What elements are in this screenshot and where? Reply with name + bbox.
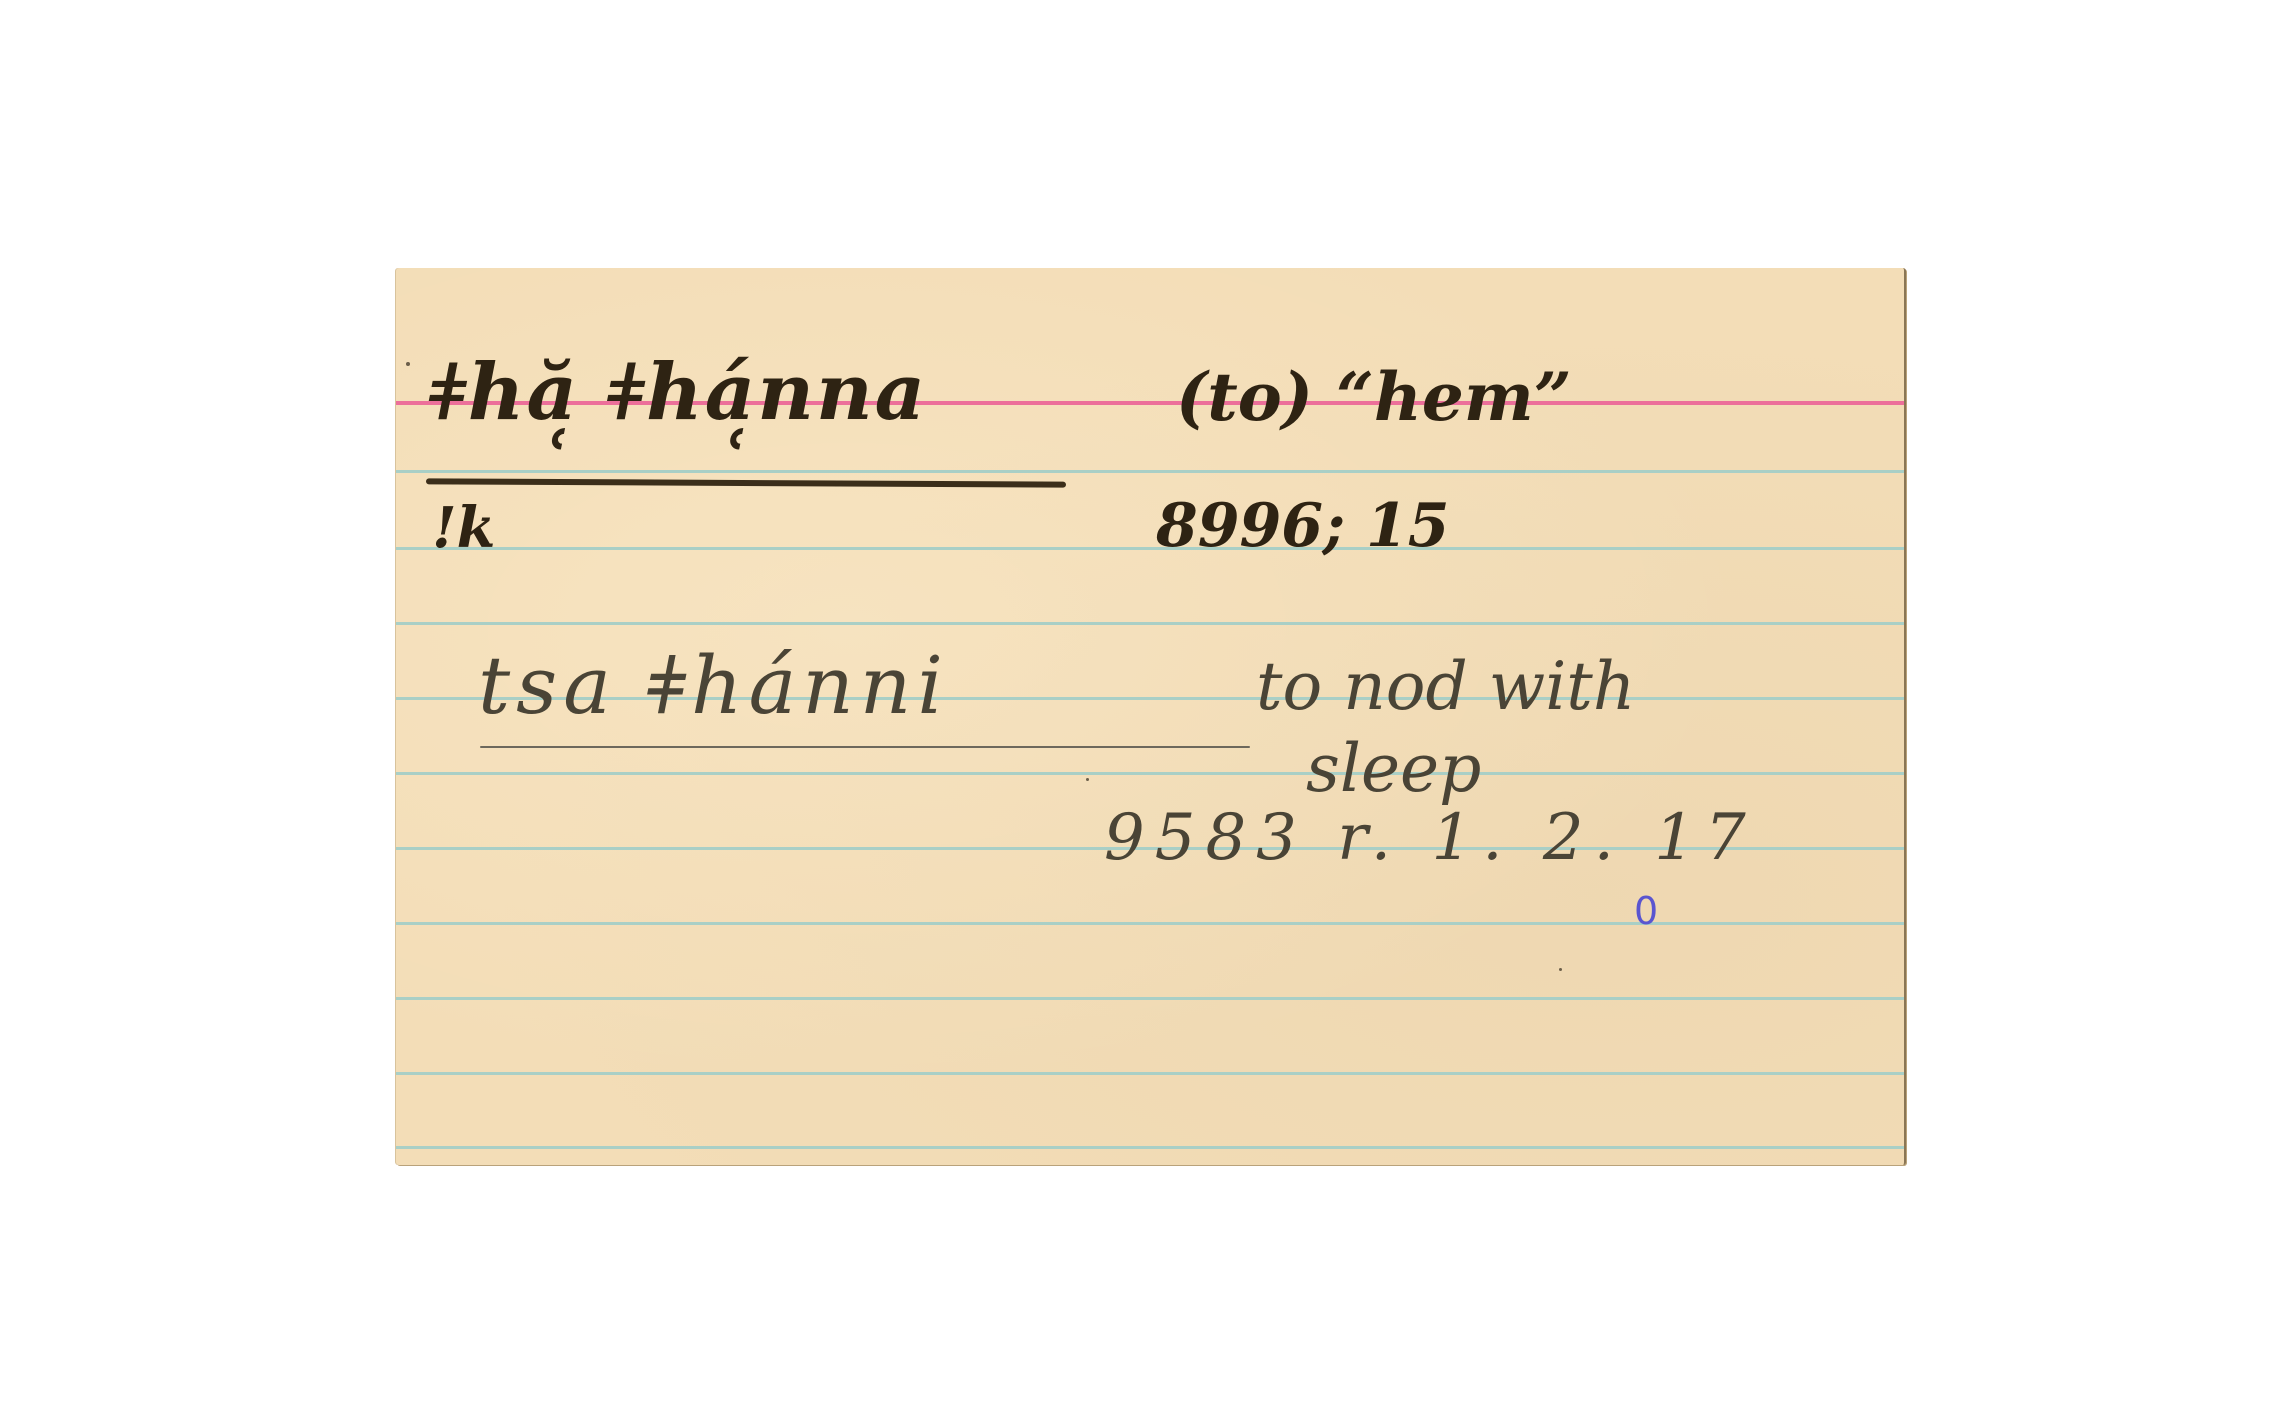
ruled-line: [396, 1146, 1904, 1149]
headword: ǂhă̜ ǂhá̜nna: [430, 354, 927, 432]
secondary-word-underline: [480, 746, 1250, 748]
secondary-word: tsa ǂhánni: [478, 646, 949, 726]
ruled-line: [396, 622, 1904, 625]
secondary-gloss-line1: to nod with: [1256, 654, 1635, 720]
blue-annotation: 0: [1634, 892, 1658, 930]
paper-speck: [406, 362, 410, 366]
class-tag: !k: [432, 500, 495, 556]
headword-underline: [426, 478, 1066, 487]
secondary-gloss-line2: sleep: [1306, 736, 1481, 802]
ruled-line: [396, 922, 1904, 925]
secondary-reference: 9583 r. 1. 2. 17: [1104, 806, 1756, 870]
scan-background: ǂhă̜ ǂhá̜nna (to) “hem” !k 8996; 15 tsa …: [0, 0, 2286, 1415]
ruled-line: [396, 547, 1904, 550]
ruled-line: [396, 1072, 1904, 1075]
index-card: ǂhă̜ ǂhá̜nna (to) “hem” !k 8996; 15 tsa …: [396, 268, 1906, 1165]
headword-gloss: (to) “hem”: [1176, 364, 1572, 430]
reference-number: 8996; 15: [1156, 496, 1450, 556]
ruled-line: [396, 470, 1904, 473]
ruled-line: [396, 772, 1904, 775]
paper-speck: [1559, 968, 1562, 971]
ruled-line: [396, 997, 1904, 1000]
paper-speck: [1086, 778, 1089, 781]
